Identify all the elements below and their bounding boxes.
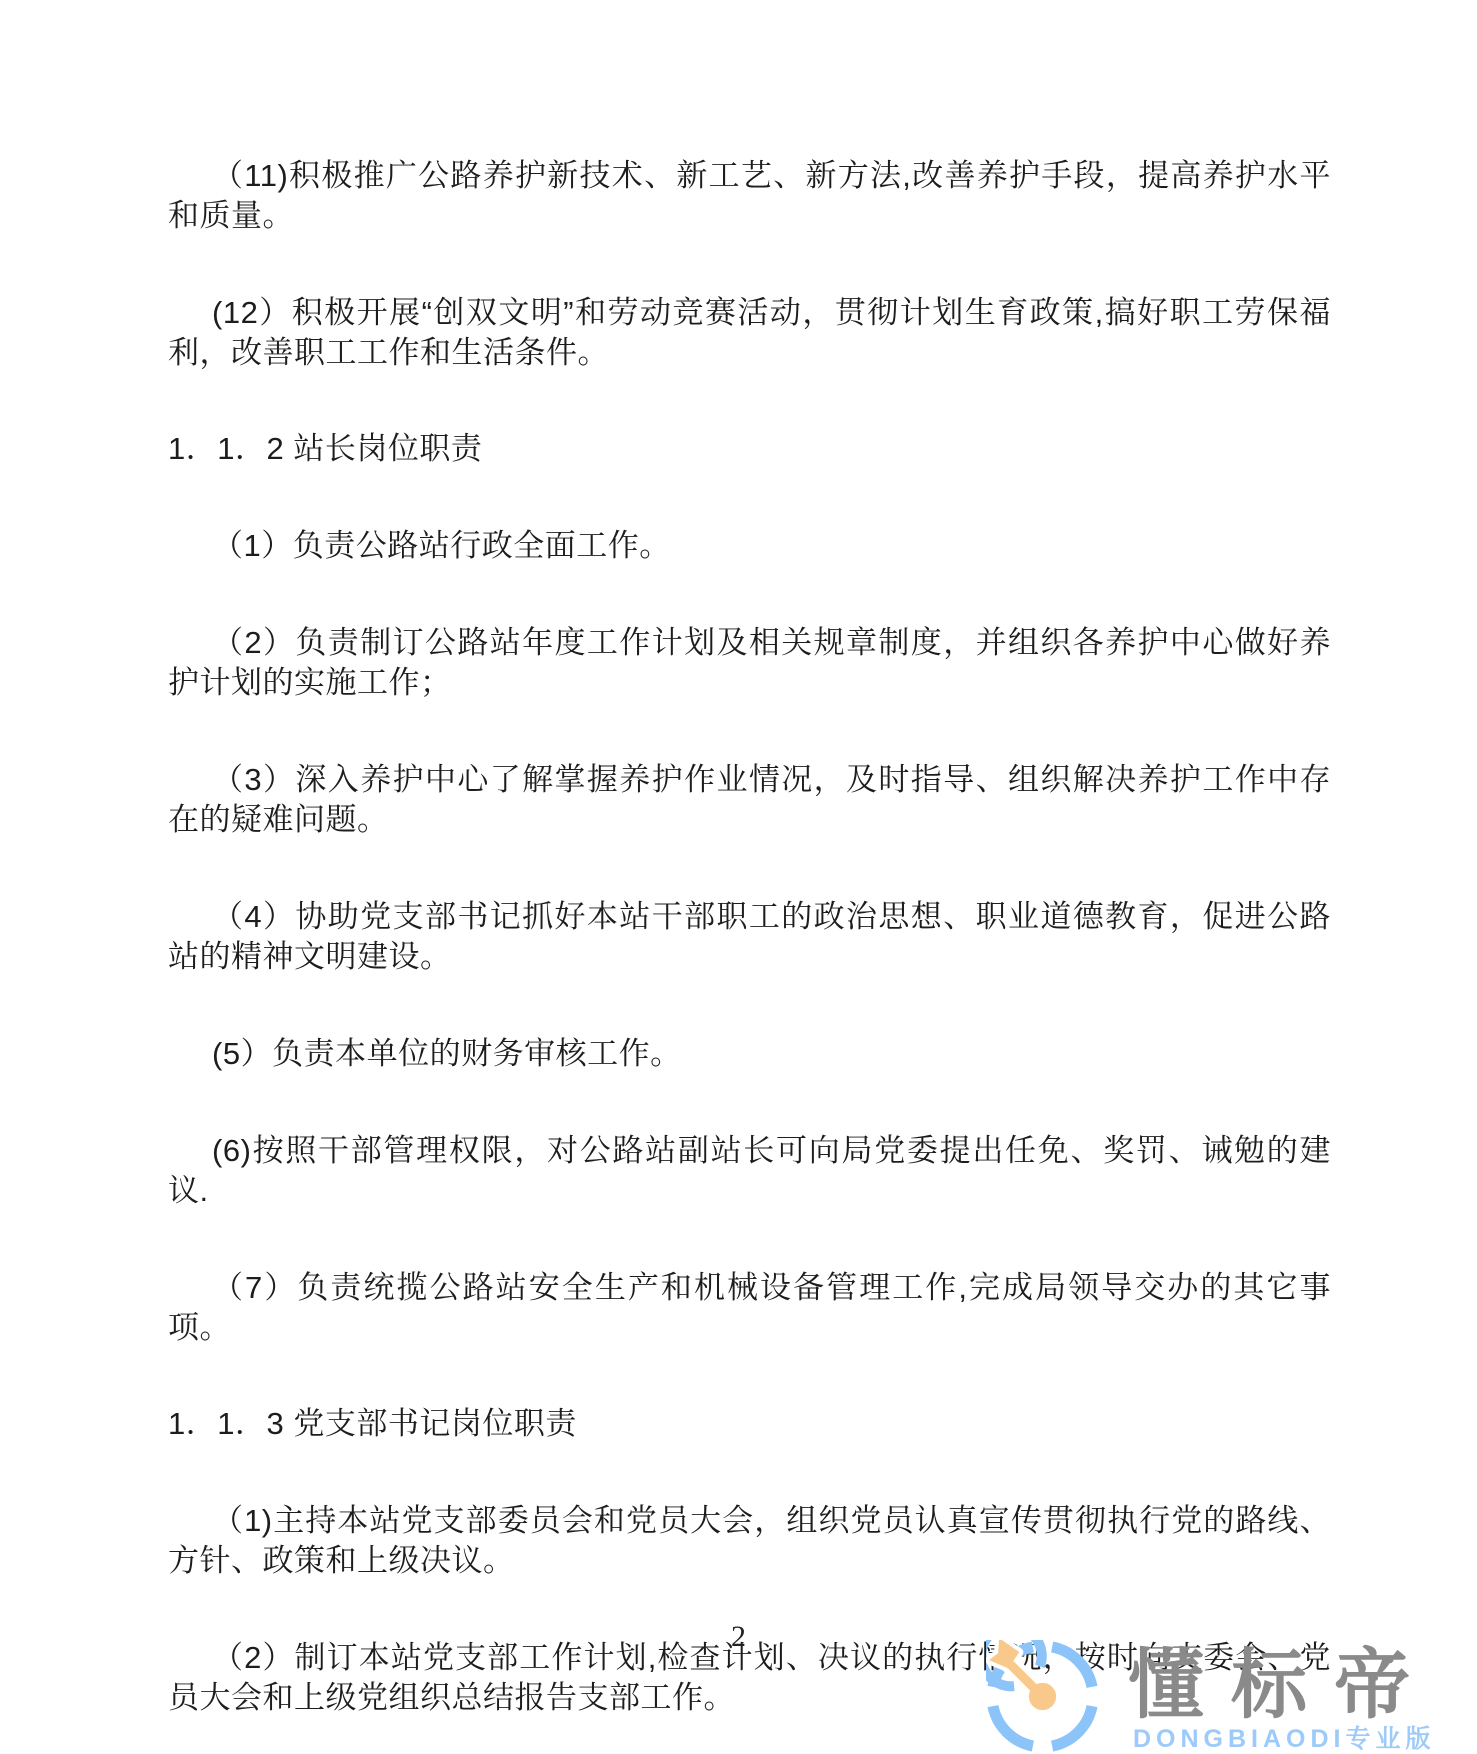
watermark: 懂标帝 DONGBIAODI专业版 <box>984 1638 1477 1754</box>
paragraph-12: (12）积极开展“创双文明”和劳动竞赛活动，贯彻计划生育政策,搞好职工劳保福利，… <box>168 293 1331 373</box>
target-dart-icon <box>986 1640 1099 1753</box>
paragraph-5-stationchief: (5）负责本单位的财务审核工作。 <box>168 1034 1331 1074</box>
section-heading-1-1-3: 1．1．3 党支部书记岗位职责 <box>168 1404 1331 1444</box>
document-page: （11)积极推广公路养护新技术、新工艺、新方法,改善养护手段，提高养护水平和质量… <box>0 0 1477 1754</box>
paragraph-1-secretary: （1)主持本站党支部委员会和党员大会，组织党员认真宣传贯彻执行党的路线、方针、政… <box>168 1501 1331 1581</box>
paragraph-6-stationchief: (6)按照干部管理权限，对公路站副站长可向局党委提出任免、奖罚、诫勉的建议. <box>168 1131 1331 1211</box>
watermark-brand-text: 懂标帝 <box>1128 1648 1437 1724</box>
document-body: （11)积极推广公路养护新技术、新工艺、新方法,改善养护手段，提高养护水平和质量… <box>168 156 1331 1718</box>
paragraph-4-stationchief: （4）协助党支部书记抓好本站干部职工的政治思想、职业道德教育，促进公路站的精神文… <box>168 897 1331 977</box>
paragraph-2-stationchief: （2）负责制订公路站年度工作计划及相关规章制度，并组织各养护中心做好养护计划的实… <box>168 623 1331 703</box>
watermark-tagline-text: DONGBIAODI专业版 <box>1133 1726 1436 1752</box>
paragraph-7-stationchief: （7）负责统揽公路站安全生产和机械设备管理工作,完成局领导交办的其它事项。 <box>168 1268 1331 1348</box>
paragraph-1-stationchief: （1）负责公路站行政全面工作。 <box>168 526 1331 566</box>
paragraph-11: （11)积极推广公路养护新技术、新工艺、新方法,改善养护手段，提高养护水平和质量… <box>168 156 1331 236</box>
paragraph-3-stationchief: （3）深入养护中心了解掌握养护作业情况，及时指导、组织解决养护工作中存在的疑难问… <box>168 760 1331 840</box>
section-heading-1-1-2: 1．1．2 站长岗位职责 <box>168 429 1331 469</box>
